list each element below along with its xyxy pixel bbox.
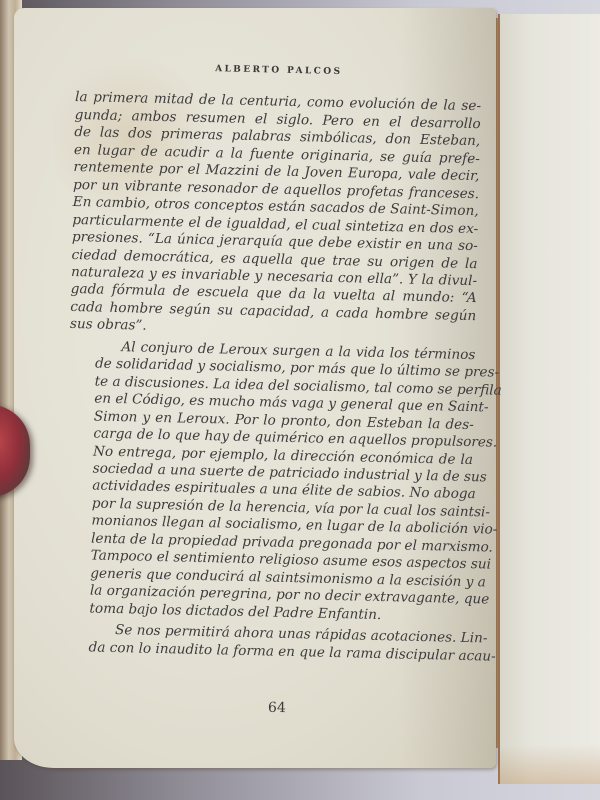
page-number: 64 xyxy=(268,700,286,716)
paragraph-1: la primera mitad de la centuria, como ev… xyxy=(70,89,481,342)
page-content: ALBERTO PALCOS la primera mitad de la ce… xyxy=(62,58,481,665)
paragraph-2: Al conjuro de Leroux surgen a la vida lo… xyxy=(63,338,475,626)
facing-page xyxy=(498,14,600,784)
